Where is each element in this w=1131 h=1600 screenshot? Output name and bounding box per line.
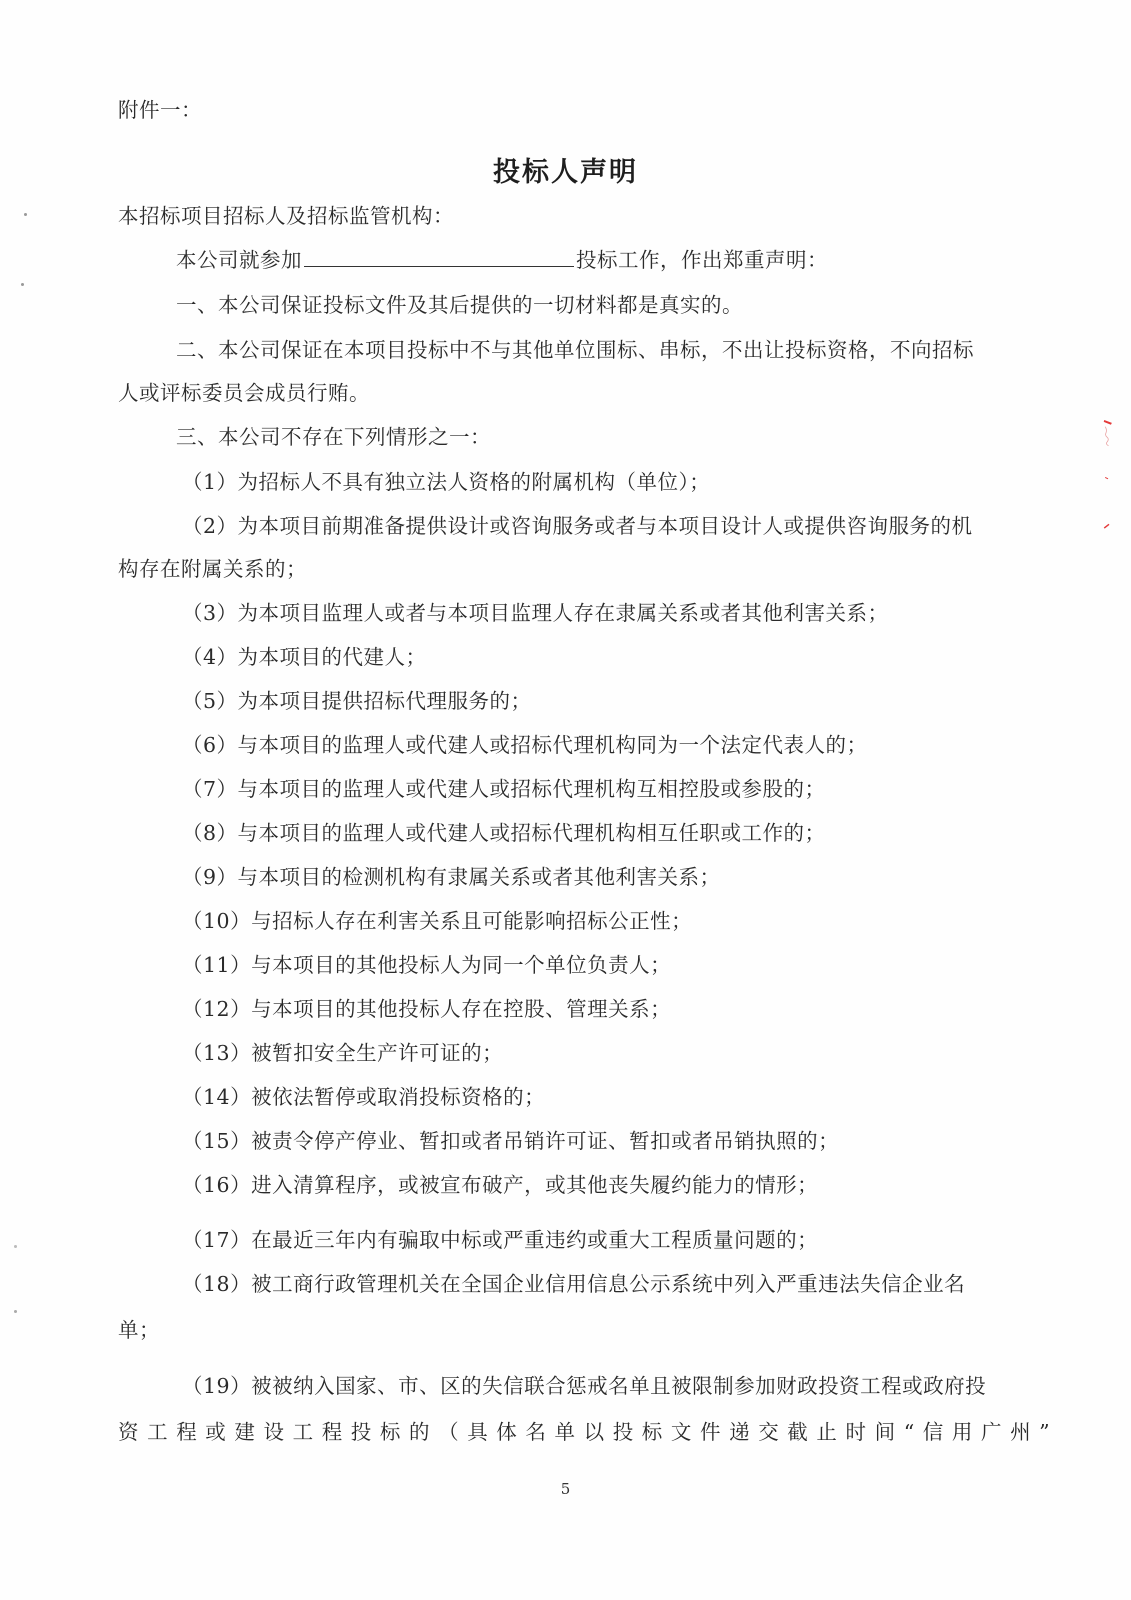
list-item-16: （16）进入清算程序，或被宣布破产，或其他丧失履约能力的情形； <box>182 1171 818 1199</box>
scan-speck <box>14 1310 17 1313</box>
list-item-15: （15）被责令停产停业、暂扣或者吊销许可证、暂扣或者吊销执照的； <box>182 1127 839 1155</box>
list-item-14: （14）被依法暂停或取消投标资格的； <box>182 1083 545 1111</box>
document-page: 附件一： 投标人声明 本招标项目招标人及招标监管机构： 本公司就参加投标工作，作… <box>0 0 1131 1600</box>
clause-1: 一、本公司保证投标文件及其后提供的一切材料都是真实的。 <box>176 291 743 319</box>
clause-2-line-2: 人或评标委员会成员行贿。 <box>118 379 370 407</box>
scan-speck <box>14 1245 17 1248</box>
list-item-13: （13）被暂扣安全生产许可证的； <box>182 1039 503 1067</box>
list-item-2: （2）为本项目前期准备提供设计或咨询服务或者与本项目设计人或提供咨询服务的机 <box>182 512 973 540</box>
page-title: 投标人声明 <box>0 150 1131 189</box>
seal-stamp-fragment-icon <box>1095 420 1123 530</box>
list-item-6: （6）与本项目的监理人或代建人或招标代理机构同为一个法定代表人的； <box>182 731 868 759</box>
list-item-2-continued: 构存在附属关系的； <box>118 555 307 583</box>
list-item-12: （12）与本项目的其他投标人存在控股、管理关系； <box>182 995 671 1023</box>
list-item-8: （8）与本项目的监理人或代建人或招标代理机构相互任职或工作的； <box>182 819 826 847</box>
list-item-7: （7）与本项目的监理人或代建人或招标代理机构互相控股或参股的； <box>182 775 826 803</box>
attachment-label: 附件一： <box>118 96 202 124</box>
list-item-19-continued: 资工程或建设工程投标的（具体名单以投标文件递交截止时间“信用广州” <box>118 1418 1058 1446</box>
clause-2-line-1: 二、本公司保证在本项目投标中不与其他单位围标、串标，不出让投标资格，不向招标 <box>176 336 974 364</box>
page-number: 5 <box>0 1480 1131 1498</box>
list-item-5: （5）为本项目提供招标代理服务的； <box>182 687 532 715</box>
salutation: 本招标项目招标人及招标监管机构： <box>118 202 454 230</box>
list-item-11: （11）与本项目的其他投标人为同一个单位负责人； <box>182 951 671 979</box>
list-item-19: （19）被被纳入国家、市、区的失信联合惩戒名单且被限制参加财政投资工程或政府投 <box>182 1372 986 1400</box>
list-item-18: （18）被工商行政管理机关在全国企业信用信息公示系统中列入严重违法失信企业名 <box>182 1270 965 1298</box>
list-item-1: （1）为招标人不具有独立法人资格的附属机构（单位）； <box>182 468 710 496</box>
clause-3: 三、本公司不存在下列情形之一： <box>176 423 491 451</box>
list-item-18-continued: 单； <box>118 1316 160 1344</box>
scan-speck <box>24 213 27 216</box>
list-item-4: （4）为本项目的代建人； <box>182 643 427 671</box>
list-item-17: （17）在最近三年内有骗取中标或严重违约或重大工程质量问题的； <box>182 1226 818 1254</box>
intro-before-blank: 本公司就参加 <box>176 248 302 272</box>
intro-after-blank: 投标工作，作出郑重声明： <box>576 248 828 272</box>
list-item-9: （9）与本项目的检测机构有隶属关系或者其他利害关系； <box>182 863 721 891</box>
list-item-3: （3）为本项目监理人或者与本项目监理人存在隶属关系或者其他利害关系； <box>182 599 889 627</box>
list-item-10: （10）与招标人存在利害关系且可能影响招标公正性； <box>182 907 692 935</box>
project-name-blank[interactable] <box>304 246 574 267</box>
scan-speck <box>21 283 24 286</box>
intro-statement: 本公司就参加投标工作，作出郑重声明： <box>176 246 828 274</box>
